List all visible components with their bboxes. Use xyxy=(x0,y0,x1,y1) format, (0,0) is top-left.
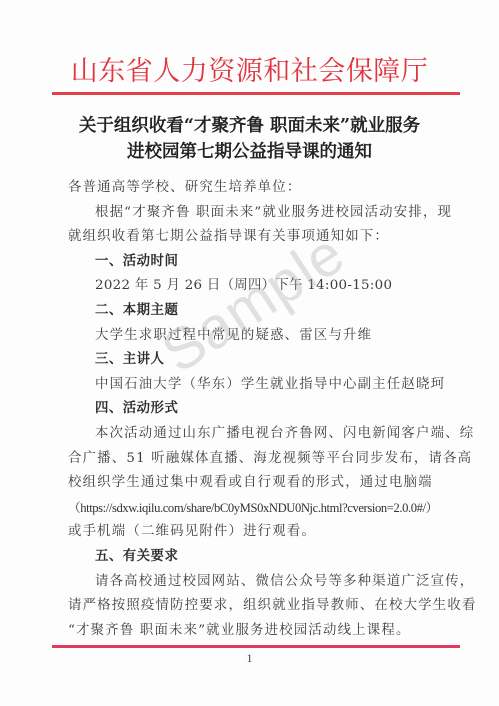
format-line-3: 校组织学生通过集中观看或自行观看的形式，通过电脑端 xyxy=(68,471,444,496)
issuing-organization-header: 山东省人力资源和社会保障厅 xyxy=(0,56,499,88)
header-red-rule xyxy=(52,92,460,95)
requirements-line-3: “才聚齐鲁 职面未来”就业服务进校园活动线上课程。 xyxy=(68,619,444,644)
intro-line-1: 根据“才聚齐鲁 职面未来”就业服务进校园活动安排，现 xyxy=(68,201,444,226)
format-line-5: 或手机端（二维码见附件）进行观看。 xyxy=(68,520,444,545)
section-heading-time: 一、活动时间 xyxy=(68,250,444,275)
document-title: 关于组织收看“才聚齐鲁 职面未来”就业服务 进校园第七期公益指导课的通知 xyxy=(0,113,499,165)
document-body: 各普通高等学校、研究生培养单位： 根据“才聚齐鲁 职面未来”就业服务进校园活动安… xyxy=(68,176,444,643)
requirements-line-1: 请各高校通过校园网站、微信公众号等多种渠道广泛宣传， xyxy=(68,570,444,595)
section-heading-format: 四、活动形式 xyxy=(68,397,444,422)
footer-red-rule xyxy=(52,645,460,648)
topic-value: 大学生求职过程中常见的疑惑、雷区与升维 xyxy=(68,324,444,349)
title-line-1: 关于组织收看“才聚齐鲁 职面未来”就业服务 xyxy=(0,113,499,139)
requirements-line-2: 请严格按照疫情防控要求，组织就业指导教师、在校大学生收看 xyxy=(68,594,444,619)
format-line-1: 本次活动通过山东广播电视台齐鲁网、闪电新闻客户端、综 xyxy=(68,422,444,447)
salutation: 各普通高等学校、研究生培养单位： xyxy=(68,176,444,201)
page-number: 1 xyxy=(0,651,499,666)
broadcast-url-link[interactable]: （https://sdxw.iqilu.com/share/bC0yMS0xND… xyxy=(68,496,444,521)
section-heading-topic: 二、本期主题 xyxy=(68,299,444,324)
section-heading-speaker: 三、主讲人 xyxy=(68,348,444,373)
format-line-2: 合广播、51 听融媒体直播、海龙视频等平台同步发布，请各高 xyxy=(68,447,444,472)
document-page: 山东省人力资源和社会保障厅 关于组织收看“才聚齐鲁 职面未来”就业服务 进校园第… xyxy=(0,0,499,706)
intro-line-2: 就组织收看第七期公益指导课有关事项通知如下： xyxy=(68,225,444,250)
activity-time-value: 2022 年 5 月 26 日（周四）下午 14:00-15:00 xyxy=(68,274,444,299)
title-line-2: 进校园第七期公益指导课的通知 xyxy=(0,139,499,165)
section-heading-requirements: 五、有关要求 xyxy=(68,545,444,570)
speaker-value: 中国石油大学（华东）学生就业指导中心副主任赵晓珂 xyxy=(68,373,444,398)
